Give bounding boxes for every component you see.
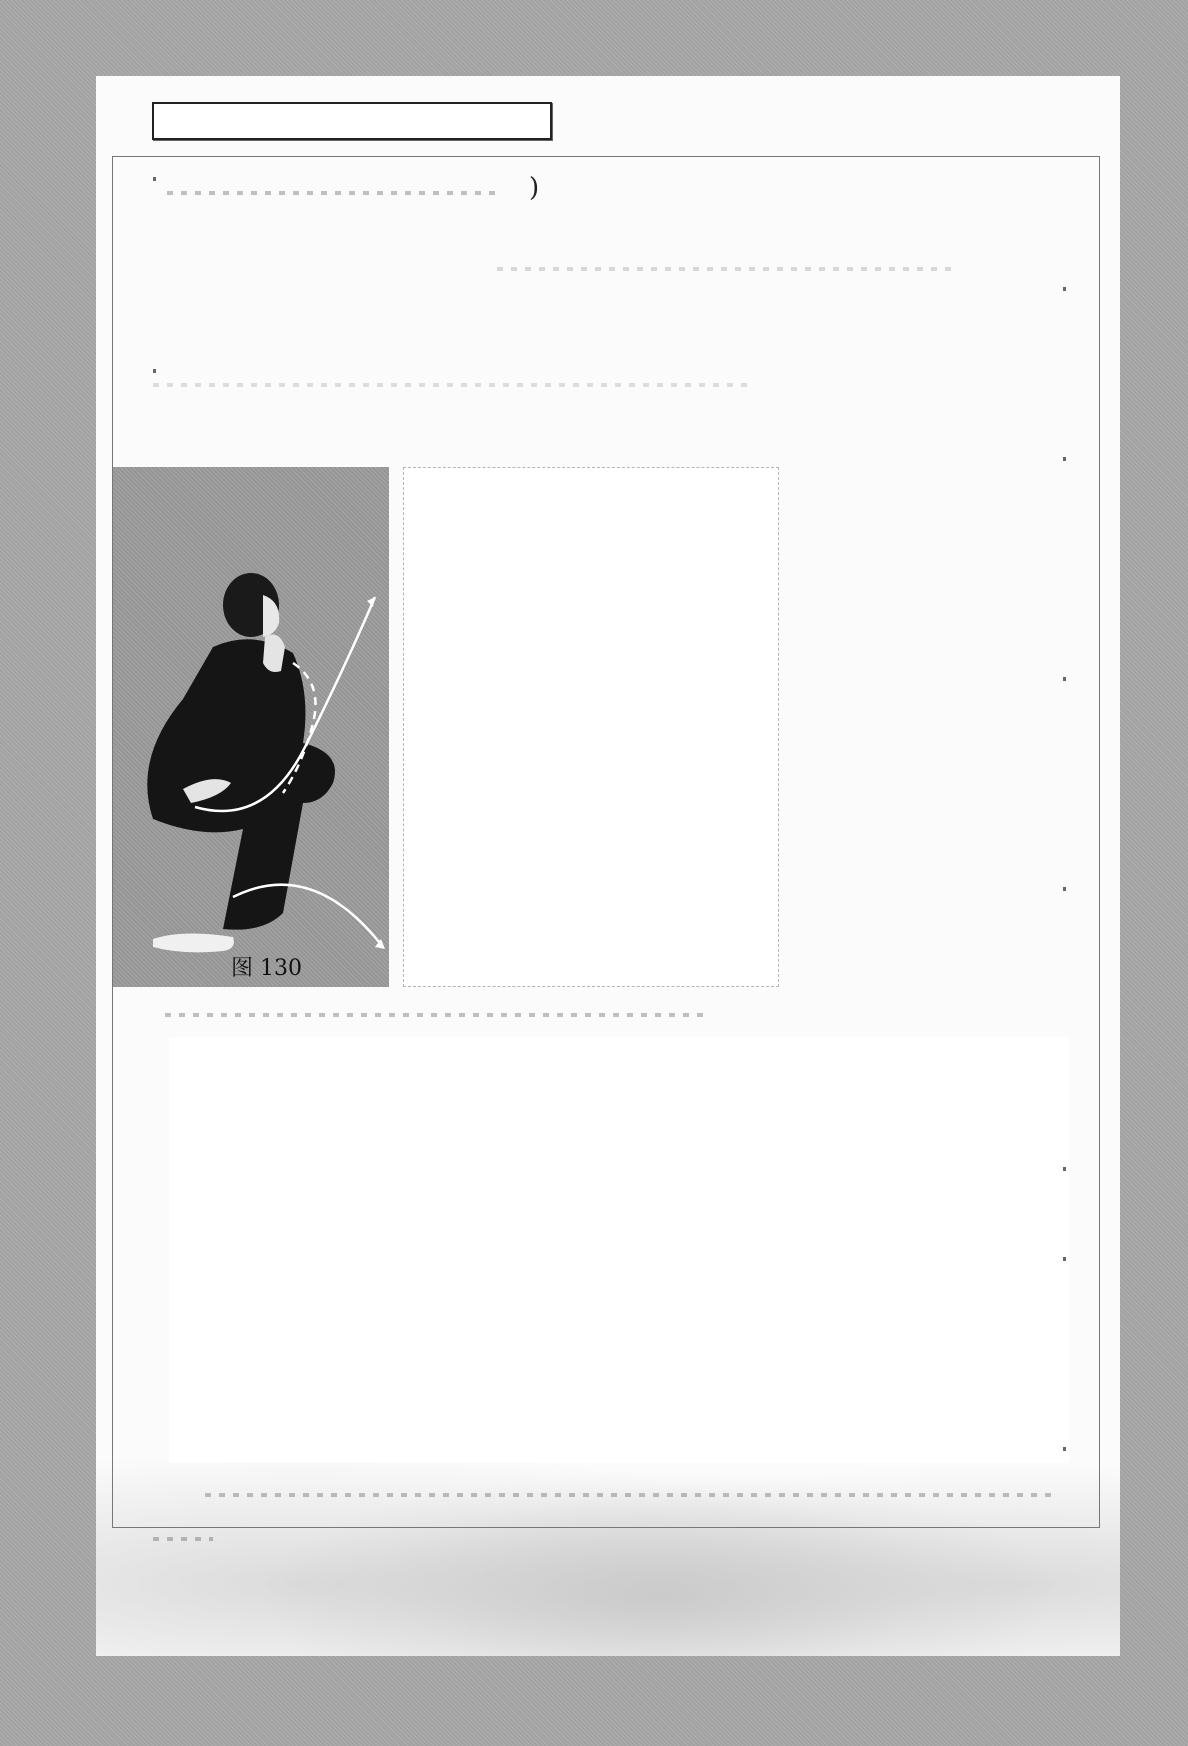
margin-mark bbox=[1063, 1257, 1066, 1261]
text-line-faded bbox=[205, 1493, 1055, 1497]
margin-mark bbox=[1063, 887, 1066, 891]
book-page: ) 图 130 bbox=[96, 76, 1120, 1656]
figure-caption: 图 130 bbox=[231, 951, 302, 982]
margin-mark bbox=[1063, 457, 1066, 461]
chapter-header-box bbox=[152, 102, 552, 140]
content-frame: ) 图 130 bbox=[112, 156, 1100, 1528]
erased-text-region bbox=[403, 467, 779, 987]
margin-mark bbox=[1063, 1167, 1066, 1171]
margin-mark bbox=[1063, 677, 1066, 681]
figure-130-illustration: 图 130 bbox=[113, 467, 389, 987]
margin-mark bbox=[153, 177, 156, 181]
margin-mark bbox=[153, 369, 156, 373]
text-line-faded bbox=[165, 1013, 705, 1017]
margin-mark bbox=[1063, 287, 1066, 291]
text-line-faded bbox=[153, 1537, 213, 1541]
text-line-faded bbox=[153, 383, 753, 387]
heading-text-faded bbox=[167, 191, 497, 195]
margin-mark bbox=[1063, 1447, 1066, 1451]
squatting-figure-drawing bbox=[113, 467, 389, 987]
erased-text-region-large bbox=[169, 1037, 1069, 1463]
text-line-faded bbox=[497, 267, 957, 271]
heading-closing-paren: ) bbox=[529, 173, 539, 203]
